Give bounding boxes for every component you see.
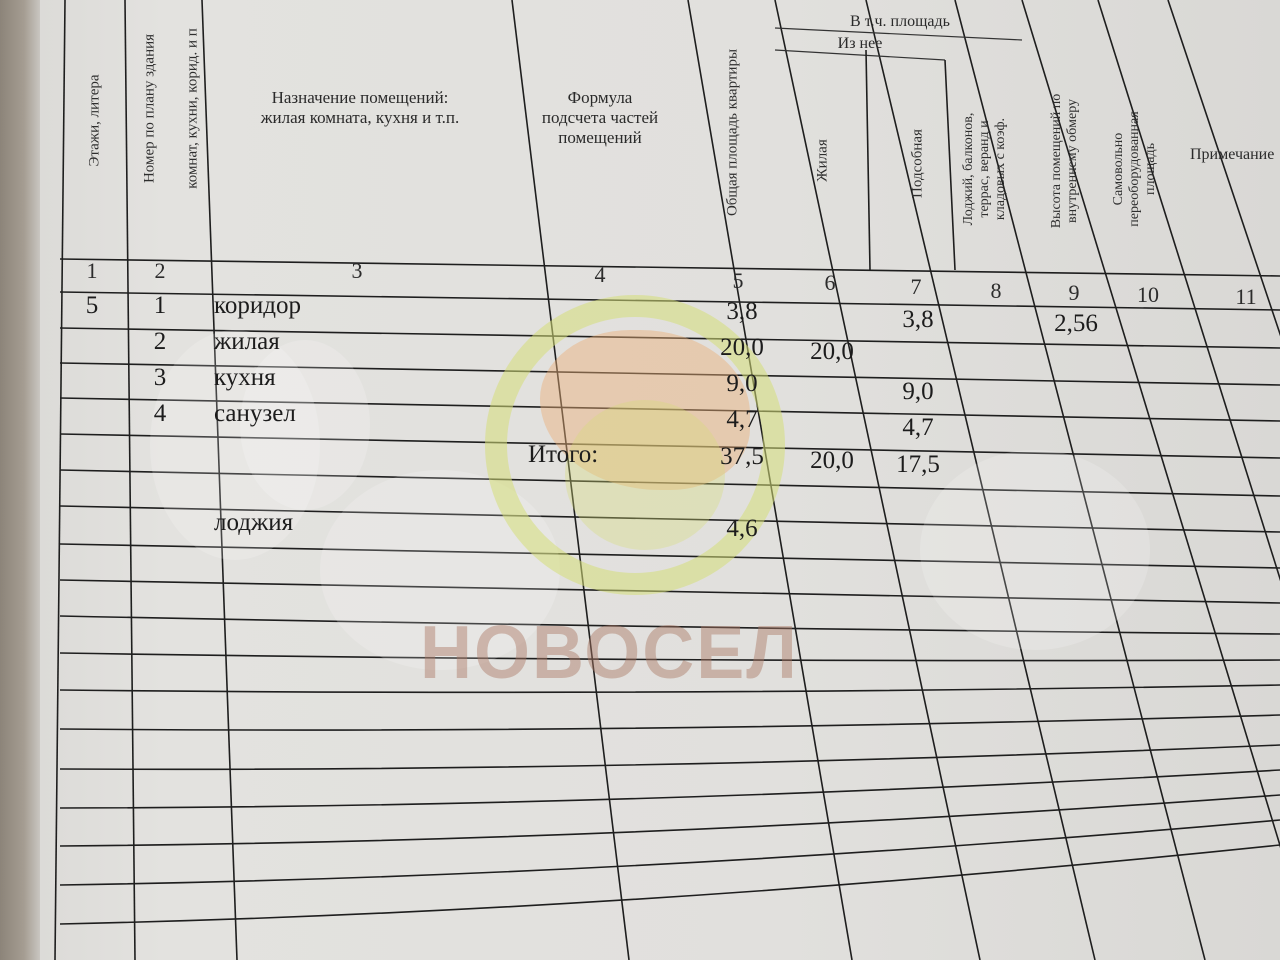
cell-name: кухня: [214, 364, 414, 392]
header-self-rebuilt: Самовольно переоборудованная площадь: [1111, 84, 1159, 254]
header-formula: Формула подсчета частей помещений: [512, 88, 688, 148]
header-line: подсчета частей: [512, 108, 688, 128]
cell-name: лоджия: [214, 509, 414, 537]
cell-total: 20,0: [697, 334, 787, 362]
column-number: 2: [140, 258, 180, 284]
header-group-incl: В т.ч. площадь: [780, 12, 1020, 32]
watermark-text: НОВОСЕЛ: [420, 610, 799, 696]
cell-no: 2: [115, 328, 205, 356]
header-line: Высота помещений по: [1049, 71, 1065, 251]
cell-total: 37,5: [697, 443, 787, 471]
header-line: помещений: [512, 128, 688, 148]
cell-no: 4: [115, 400, 205, 428]
column-number: 4: [580, 262, 620, 288]
column-number: 9: [1054, 280, 1094, 306]
header-line: Лоджий, балконов,: [961, 79, 977, 259]
cell-auxiliary: 17,5: [873, 451, 963, 479]
header-living: Жилая: [815, 111, 832, 211]
watermark-shape: [920, 450, 1150, 650]
header-floor: Этажи, литера: [87, 36, 104, 206]
cell-total: 3,8: [697, 298, 787, 326]
column-number: 10: [1128, 282, 1168, 308]
cell-total: 4,7: [697, 406, 787, 434]
header-line: террас, веранд и: [977, 79, 993, 259]
header-line: Самовольно: [1111, 84, 1127, 254]
cell-total: 4,6: [697, 515, 787, 543]
cell-living: 20,0: [787, 447, 877, 475]
cell-total: 9,0: [697, 370, 787, 398]
cell-name: коридор: [214, 292, 414, 320]
cell-auxiliary: 4,7: [873, 414, 963, 442]
column-number: 3: [337, 258, 377, 284]
column-number: 7: [896, 274, 936, 300]
column-number: 11: [1226, 284, 1266, 310]
cell-height: 2,56: [1031, 310, 1121, 338]
header-height: Высота помещений по внутреннему обмеру: [1049, 71, 1081, 251]
column-number: 8: [976, 278, 1016, 304]
cell-name: санузел: [214, 400, 414, 428]
cell-no: 1: [115, 292, 205, 320]
column-number: 6: [810, 270, 850, 296]
column-number: 1: [72, 258, 112, 284]
header-room-number-2: комнат, кухни, корид. и п: [185, 0, 202, 224]
column-number: 5: [718, 268, 758, 294]
cell-living: 20,0: [787, 338, 877, 366]
header-group-of-it: Из нее: [780, 34, 940, 54]
header-line: Формула: [512, 88, 688, 108]
header-line: площадь: [1143, 84, 1159, 254]
cell-auxiliary: 3,8: [873, 306, 963, 334]
header-line: жилая комната, кухня и т.п.: [210, 108, 510, 128]
header-line: Назначение помещений:: [210, 88, 510, 108]
cell-no: 3: [115, 364, 205, 392]
header-note: Примечание: [1190, 145, 1274, 165]
header-room-purpose: Назначение помещений: жилая комната, кух…: [210, 88, 510, 128]
cell-auxiliary: 9,0: [873, 378, 963, 406]
header-loggia: Лоджий, балконов, террас, веранд и кладо…: [961, 79, 1009, 259]
header-line: переоборудованная: [1127, 84, 1143, 254]
header-total-area: Общая площадь квартиры: [725, 18, 742, 248]
header-room-number: Номер по плану здания: [142, 0, 159, 224]
header-line: кладовых с коэф.: [993, 79, 1009, 259]
header-auxiliary: Подсобная: [910, 104, 927, 224]
cell-name: жилая: [214, 328, 414, 356]
header-line: внутреннему обмеру: [1065, 71, 1081, 251]
